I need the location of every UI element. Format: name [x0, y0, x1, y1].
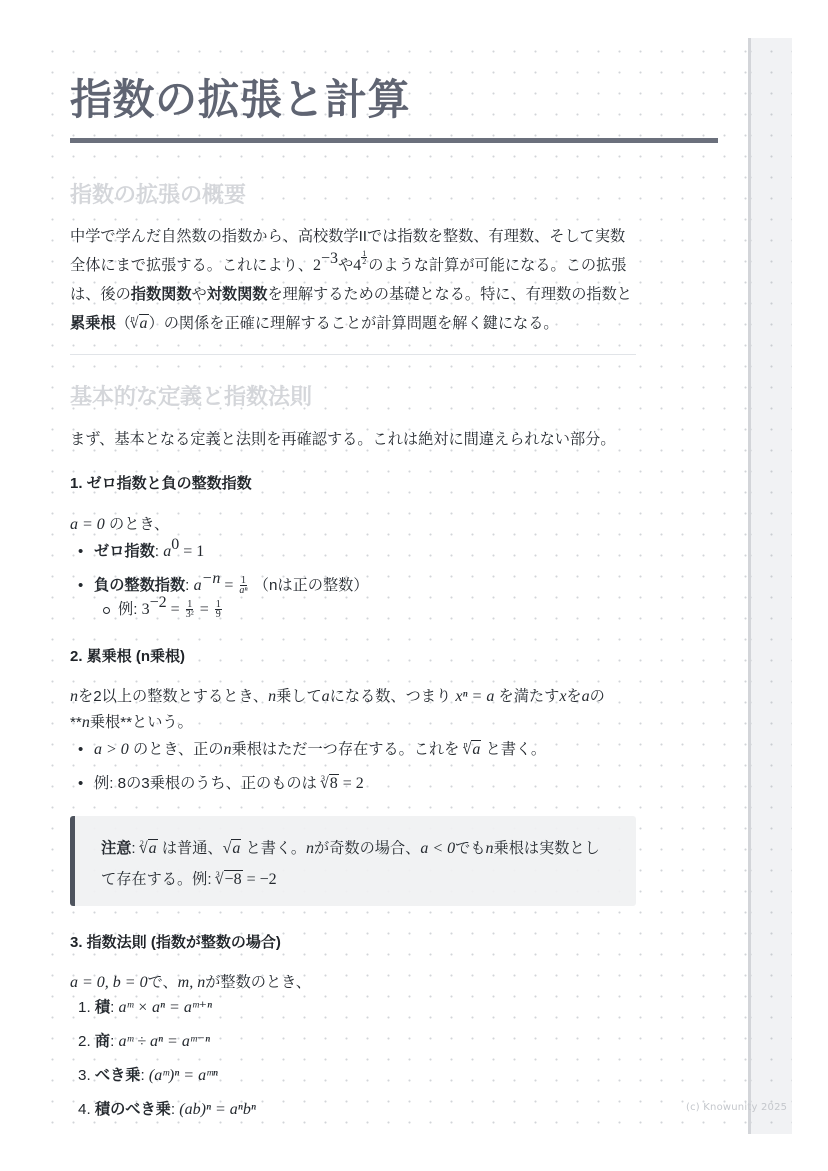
bold-term-exponential-function: 指数関数 — [131, 286, 192, 303]
law-item-product: 1. 積: aᵐ × aⁿ = aᵐ⁺ⁿ — [78, 996, 212, 1020]
nth-root-definition-line-2: **n乗根**という。 — [70, 711, 193, 735]
list-item-example-negative-exponent: 例: 3−2 = 13² = 19 — [70, 598, 224, 622]
list-item-negative-exponent: 負の整数指数: a−n = 1aⁿ （nは正の整数） — [70, 574, 369, 598]
subheading-nth-root: 2. 累乗根 (n乗根) — [70, 645, 185, 666]
title-divider — [70, 138, 718, 143]
section-heading-basic: 基本的な定義と指数法則 — [70, 380, 312, 411]
section-heading-overview: 指数の拡張の概要 — [70, 178, 246, 209]
nth-root-definition-line-1: nを2以上の整数とするとき、n乗してaになる数、つまり xⁿ = a を満たすx… — [70, 685, 605, 709]
law-item-power: 3. べき乗: (aᵐ)ⁿ = aᵐⁿ — [78, 1064, 218, 1088]
list-item-root-example: 例: 8の3乗根のうち、正のものは 3√8 = 2 — [70, 772, 364, 798]
nth-root-math: n√a — [131, 315, 149, 332]
note-label: 注意 — [101, 840, 131, 857]
side-panel — [748, 38, 792, 1134]
section-divider — [70, 354, 636, 355]
bold-term-radical: 累乗根 — [70, 315, 116, 332]
list-item-positive-root: a > 0 のとき、正のn乗根はただ一つ存在する。これを n√a と書く。 — [70, 738, 546, 764]
overview-paragraph: 中学で学んだ自然数の指数から、高校数学IIでは指数を整数、有理数、そして実数全体… — [70, 222, 636, 340]
list-item-zero-exponent: ゼロ指数: a0 = 1 — [70, 540, 204, 564]
exponent-laws-condition: a = 0, b = 0で、m, nが整数のとき、 — [70, 971, 311, 995]
law-item-quotient: 2. 商: aᵐ ÷ aⁿ = aᵐ⁻ⁿ — [78, 1030, 210, 1054]
subheading-zero-negative-exponent: 1. ゼロ指数と負の整数指数 — [70, 472, 252, 493]
condition-line-1: a = 0 のとき、 — [70, 513, 169, 537]
subheading-exponent-laws: 3. 指数法則 (指数が整数の場合) — [70, 931, 281, 952]
law-item-power-of-product: 4. 積のべき乗: (ab)ⁿ = aⁿbⁿ — [78, 1098, 256, 1122]
page-title: 指数の拡張と計算 — [70, 74, 410, 126]
copyright-footer: (c) Knowunity 2025 — [686, 1102, 787, 1113]
note-callout: 注意: 2√a は普通、√a と書く。nが奇数の場合、a < 0でもn乗根は実数… — [70, 816, 636, 906]
basic-intro-paragraph: まず、基本となる定義と法則を再確認する。これは絶対に間違えられない部分。 — [70, 425, 636, 454]
bold-term-logarithmic-function: 対数関数 — [207, 286, 268, 303]
